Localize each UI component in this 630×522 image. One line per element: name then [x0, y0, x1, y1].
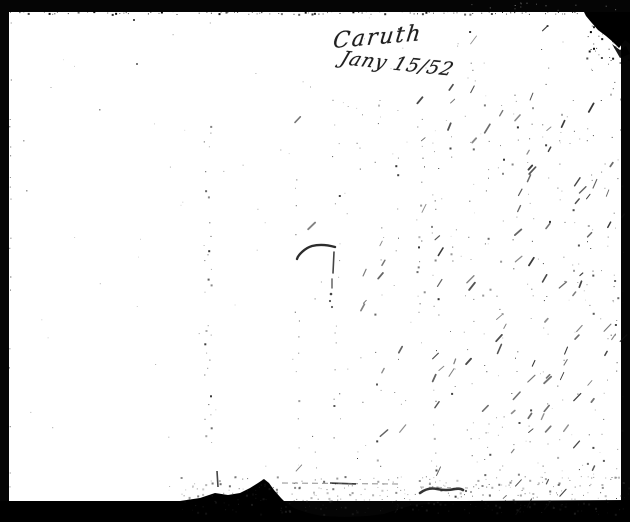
scan-background: Caruth Jany 15/52 — [0, 0, 630, 522]
document-page — [9, 12, 621, 501]
